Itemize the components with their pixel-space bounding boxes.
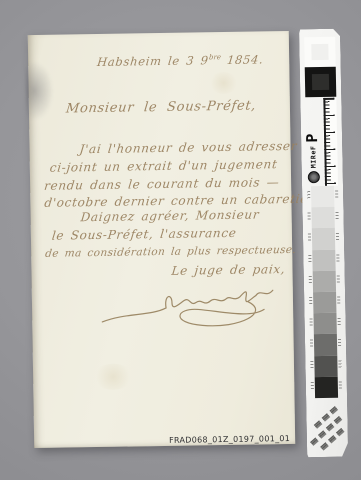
letter-body-line: ci-joint un extrait d'un jugement (49, 157, 278, 175)
grayscale-patch (311, 186, 334, 208)
grayscale-patch (315, 376, 338, 398)
letter-body-line: rendu dans le courant du mois — (43, 175, 280, 193)
miref-label: MIReF (309, 145, 317, 168)
grayscale-patch (314, 334, 337, 356)
dateline-prefix: Habsheim le 3 9 (96, 53, 209, 69)
calibration-strip: MIReF P (299, 29, 348, 458)
calibration-black-inner-square (312, 74, 329, 90)
letter-dateline: Habsheim le 3 9bre 1854. (96, 52, 264, 69)
paper-stain (93, 363, 133, 390)
letter-body-line: d'octobre dernier contre un cabaretier. (44, 192, 319, 210)
grayscale-patch (312, 249, 335, 271)
letter-closing-line: le Sous-Préfet, l'assurance (51, 226, 237, 243)
grayscale-patch (313, 292, 336, 314)
letter-body-line: J'ai l'honneur de vous adresser (79, 139, 298, 156)
ruler-end-bar (323, 98, 334, 100)
letter-page: Habsheim le 3 9bre 1854. Monsieur le Sou… (28, 31, 295, 448)
angled-code-marks (307, 407, 346, 454)
calibration-white-inner-square (311, 44, 328, 60)
grayscale-patch (312, 228, 335, 250)
calibration-brand-label: MIReF P (303, 99, 322, 185)
grayscale-patch (313, 270, 336, 292)
archive-reference-caption: FRAD068_01Z_0197_001_01 (169, 434, 290, 445)
registration-circle-icon (307, 171, 319, 183)
pencil-smudge (25, 61, 54, 121)
letter-salutation: Monsieur le Sous-Préfet, (65, 98, 257, 116)
scan-background: Habsheim le 3 9bre 1854. Monsieur le Sou… (0, 0, 361, 480)
calibration-ruler (322, 98, 338, 186)
p-label: P (305, 133, 320, 142)
paper-stain (208, 72, 238, 94)
grayscale-patch (314, 355, 337, 377)
grayscale-patch (313, 313, 336, 335)
letter-closing-line: Daignez agréer, Monsieur (80, 207, 260, 224)
grayscale-patches (307, 186, 342, 399)
letter-signoff: Le juge de paix, (171, 262, 286, 278)
letter-closing-line: de ma considération la plus respectueuse… (45, 244, 297, 260)
dateline-superscript: bre (209, 53, 222, 61)
calibration-black-patch (305, 67, 337, 98)
signature-flourish (98, 279, 294, 340)
grayscale-patch (311, 207, 334, 229)
dateline-suffix: 1854. (220, 52, 264, 67)
calibration-white-patch (304, 37, 336, 68)
